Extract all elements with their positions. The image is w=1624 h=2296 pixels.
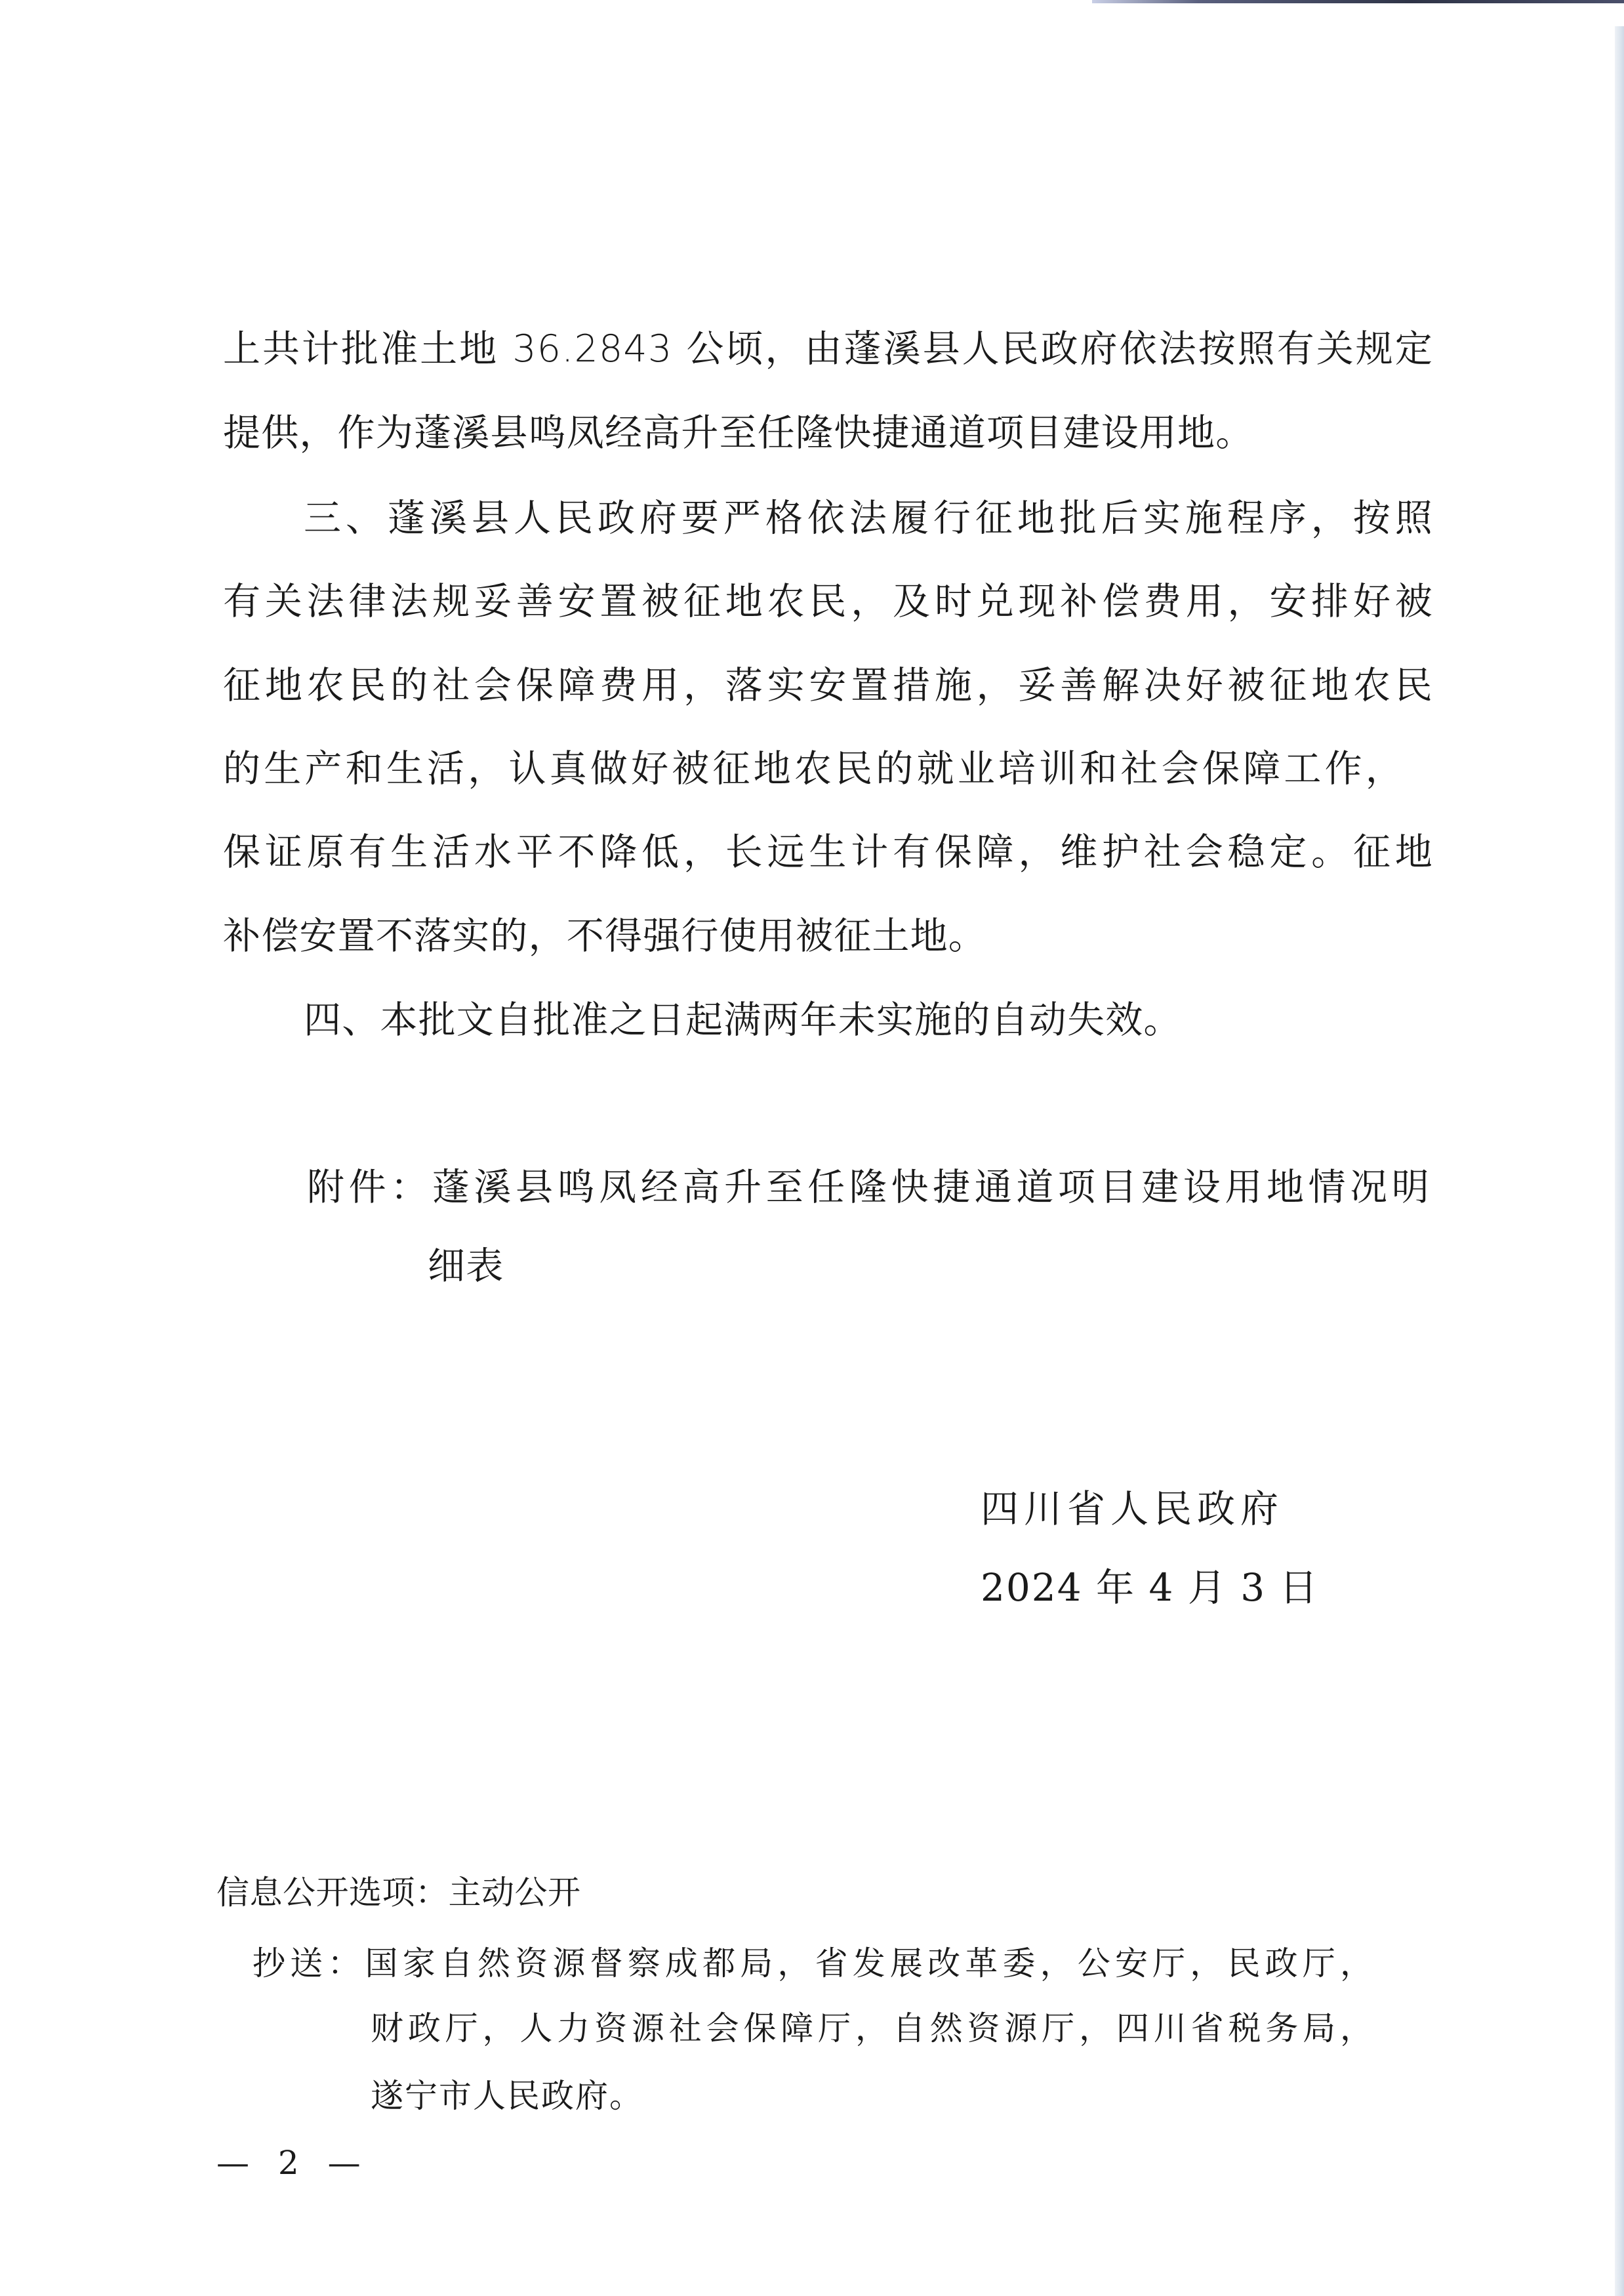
paragraph-2-line-2: 提供，作为蓬溪县鸣凤经高升至任隆快捷通道项目建设用地。 xyxy=(223,410,1253,456)
attachment-line-1: 附件：蓬溪县鸣凤经高升至任隆快捷通道项目建设用地情况明 xyxy=(307,1164,1430,1210)
cc-line-3: 遂宁市人民政府。 xyxy=(371,2073,643,2119)
paragraph-3-line-1: 三、蓬溪县人民政府要严格依法履行征地批后实施程序，按照 xyxy=(304,495,1433,541)
disclosure-option: 信息公开选项：主动公开 xyxy=(216,1870,581,1916)
paragraph-3-line-3: 征地农民的社会保障费用，落实安置措施，妥善解决好被征地农民 xyxy=(223,663,1433,708)
scan-right-edge xyxy=(1615,26,1624,2296)
paragraph-3-line-2: 有关法律法规妥善安置被征地农民，及时兑现补偿费用，安排好被 xyxy=(223,579,1433,625)
paragraph-3-line-6: 补偿安置不落实的，不得强行使用被征土地。 xyxy=(223,913,986,959)
paragraph-4-line-1: 四、本批文自批准之日起满两年未实施的自动失效。 xyxy=(304,997,1182,1043)
issuer-signature: 四川省人民政府 xyxy=(981,1486,1284,1532)
issue-date: 2024 年 4 月 3 日 xyxy=(981,1565,1319,1610)
cc-line-2: 财政厅，人力资源社会保障厅，自然资源厅，四川省税务局， xyxy=(371,2005,1374,2051)
paragraph-3-line-5: 保证原有生活水平不降低，长远生计有保障，维护社会稳定。征地 xyxy=(223,829,1433,875)
paragraph-2-line-1: 上共计批准土地 36.2843 公顷，由蓬溪县人民政府依法按照有关规定 xyxy=(223,326,1433,372)
paragraph-3-line-4: 的生产和生活，认真做好被征地农民的就业培训和社会保障工作， xyxy=(223,746,1404,792)
cc-line-1: 抄送：国家自然资源督察成都局，省发展改革委，公安厅，民政厅， xyxy=(253,1940,1374,1986)
page-number: — 2 — xyxy=(216,2140,370,2186)
scan-top-edge xyxy=(1092,0,1624,3)
attachment-line-2: 细表 xyxy=(428,1243,504,1289)
